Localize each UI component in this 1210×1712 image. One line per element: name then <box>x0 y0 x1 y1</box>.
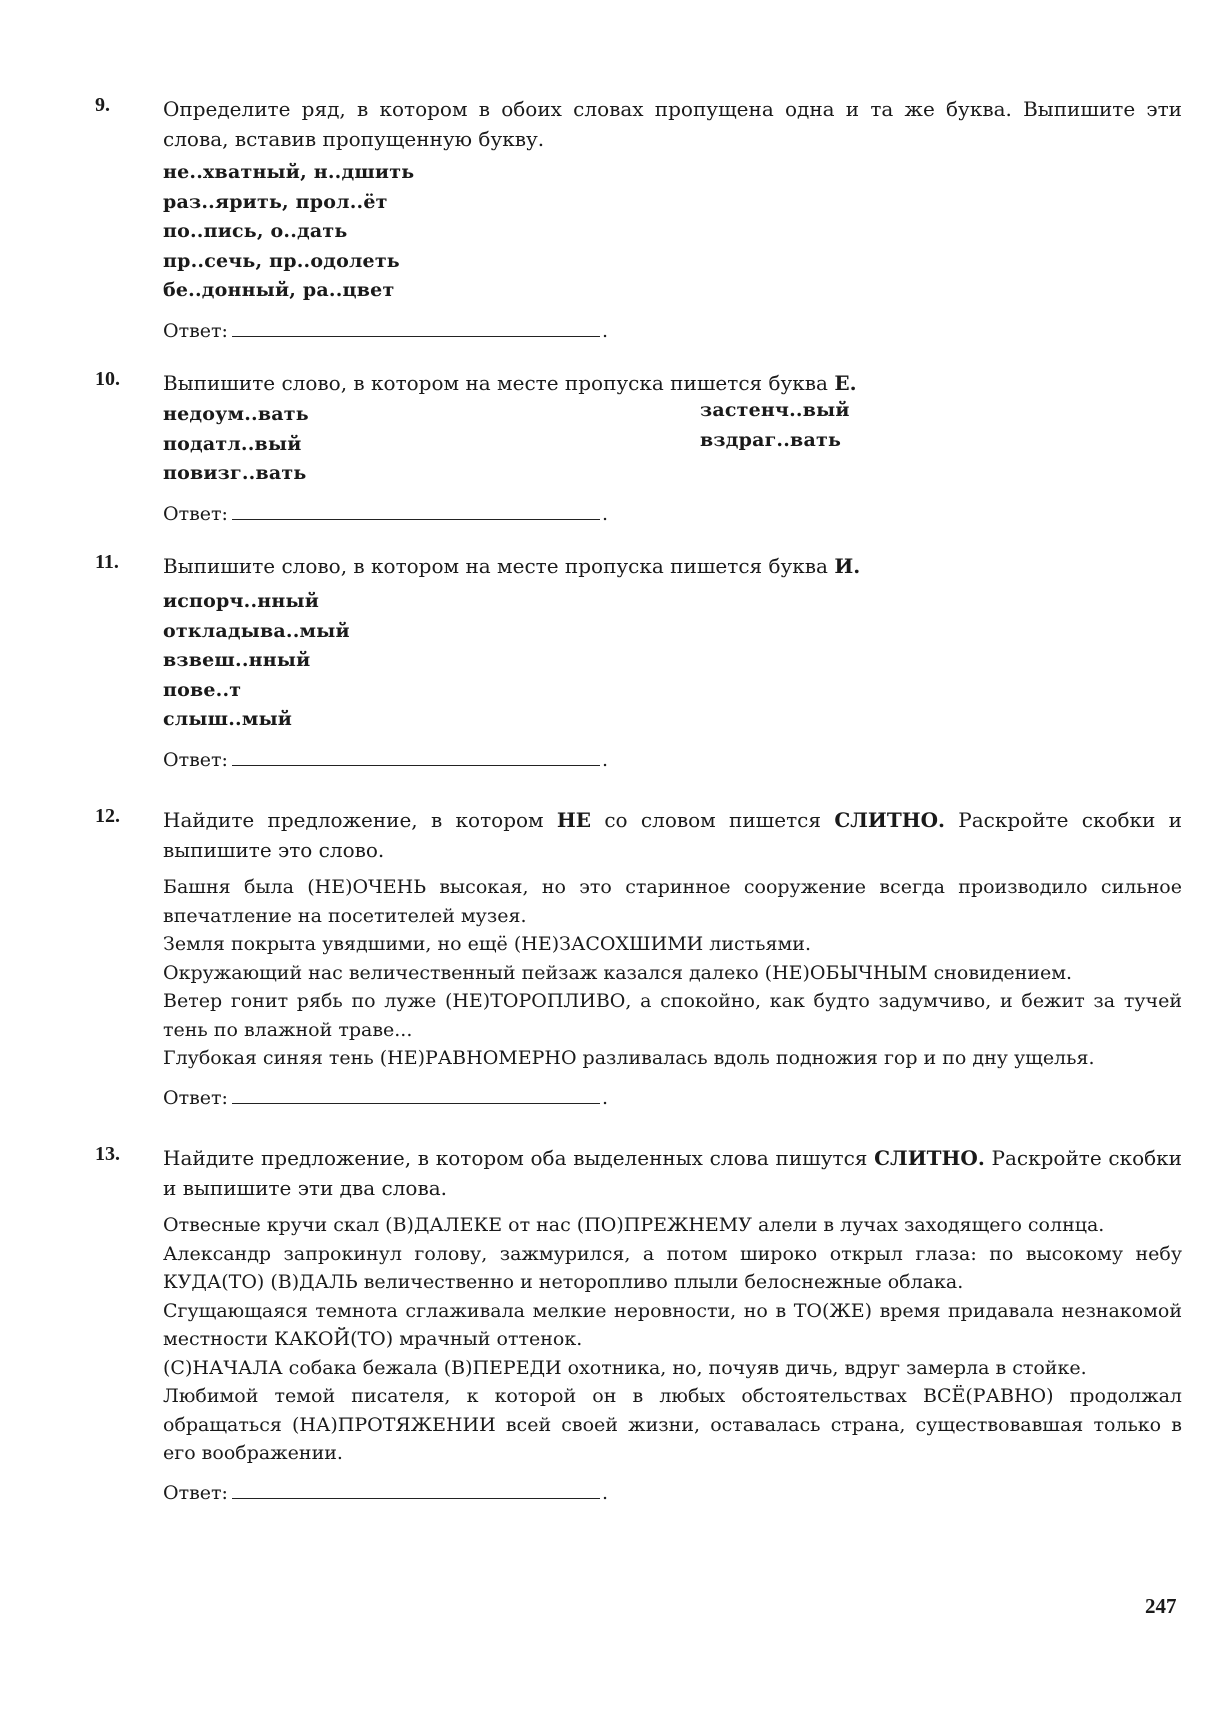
answer-field[interactable] <box>232 1480 600 1499</box>
sentence: Сгущающаяся темнота сглаживала мелкие не… <box>163 1297 1182 1354</box>
sentence: Окружающий нас величественный пейзаж каз… <box>163 959 1182 988</box>
sentence: Ветер гонит рябь по луже (НЕ)ТОРОПЛИВО, … <box>163 987 1182 1044</box>
prompt-text: Найдите предложение, в котором <box>163 808 557 832</box>
option-item: застенч..вый <box>700 396 850 426</box>
option-row: раз..ярить, прол..ёт <box>163 188 1182 218</box>
prompt-emphasis: СЛИТНО. <box>874 1146 985 1170</box>
sentence: Земля покрыта увядшими, но ещё (НЕ)ЗАСОХ… <box>163 930 1182 959</box>
answer-label: Ответ: <box>163 499 228 529</box>
option-row: не..хватный, н..дшить <box>163 158 1182 188</box>
task-prompt: Выпишите слово, в котором на месте пропу… <box>163 368 1182 398</box>
answer-field[interactable] <box>232 1085 600 1104</box>
workbook-page: 9. Определите ряд, в котором в обоих сло… <box>0 0 1210 1712</box>
sentence: Александр запрокинул голову, зажмурился,… <box>163 1240 1182 1297</box>
page-number: 247 <box>1145 1594 1177 1619</box>
answer-terminator: . <box>602 745 608 775</box>
answer-row: Ответ: . <box>163 316 1182 346</box>
option-item: взвеш..нный <box>163 646 1182 676</box>
task-prompt: Найдите предложение, в котором НЕ со сло… <box>163 805 1182 865</box>
sentence: Отвесные кручи скал (В)ДАЛЕКЕ от нас (ПО… <box>163 1211 1182 1240</box>
answer-row: Ответ: . <box>163 745 1182 775</box>
answer-row: Ответ: . <box>163 499 1182 529</box>
task-prompt: Найдите предложение, в котором оба выдел… <box>163 1143 1182 1203</box>
prompt-emphasis: СЛИТНО. <box>834 808 945 832</box>
task-number: 12. <box>95 805 120 828</box>
prompt-text: со словом пишется <box>591 808 834 832</box>
option-item: вздраг..вать <box>700 426 850 456</box>
option-item: откладыва..мый <box>163 617 1182 647</box>
task-prompt: Определите ряд, в котором в обоих словах… <box>163 94 1182 154</box>
task-prompt: Выпишите слово, в котором на месте пропу… <box>163 551 1182 581</box>
option-item: слыш..мый <box>163 705 1182 735</box>
sentence: Башня была (НЕ)ОЧЕНЬ высокая, но это ста… <box>163 873 1182 930</box>
prompt-text: Найдите предложение, в котором оба выдел… <box>163 1146 874 1170</box>
prompt-letter: Е. <box>834 371 856 395</box>
answer-label: Ответ: <box>163 1083 228 1113</box>
answer-field[interactable] <box>232 501 600 520</box>
option-row: по..пись, о..дать <box>163 217 1182 247</box>
answer-label: Ответ: <box>163 1478 228 1508</box>
answer-label: Ответ: <box>163 316 228 346</box>
task-number: 11. <box>95 551 119 574</box>
prompt-letter: И. <box>834 554 860 578</box>
sentence: Глубокая синяя тень (НЕ)РАВНОМЕРНО разли… <box>163 1044 1182 1073</box>
option-item: пове..т <box>163 676 1182 706</box>
answer-terminator: . <box>602 1083 608 1113</box>
answer-terminator: . <box>602 1478 608 1508</box>
answer-field[interactable] <box>232 747 600 766</box>
answer-row: Ответ: . <box>163 1083 1182 1113</box>
option-item: испорч..нный <box>163 587 1182 617</box>
answer-terminator: . <box>602 499 608 529</box>
task-number: 13. <box>95 1143 120 1166</box>
task-number: 10. <box>95 368 120 391</box>
option-item: податл..вый <box>163 430 700 460</box>
option-item: недоум..вать <box>163 400 700 430</box>
answer-row: Ответ: . <box>163 1478 1182 1508</box>
answer-terminator: . <box>602 316 608 346</box>
answer-field[interactable] <box>232 318 600 337</box>
prompt-text: Выпишите слово, в котором на месте пропу… <box>163 554 834 578</box>
task-number: 9. <box>95 94 110 117</box>
sentence: (С)НАЧАЛА собака бежала (В)ПЕРЕДИ охотни… <box>163 1354 1182 1383</box>
option-row: бе..донный, ра..цвет <box>163 276 1182 306</box>
option-row: пр..сечь, пр..одолеть <box>163 247 1182 277</box>
sentence: Любимой темой писателя, к которой он в л… <box>163 1382 1182 1468</box>
answer-label: Ответ: <box>163 745 228 775</box>
prompt-emphasis: НЕ <box>557 808 591 832</box>
option-item: повизг..вать <box>163 459 700 489</box>
prompt-text: Выпишите слово, в котором на месте пропу… <box>163 371 834 395</box>
